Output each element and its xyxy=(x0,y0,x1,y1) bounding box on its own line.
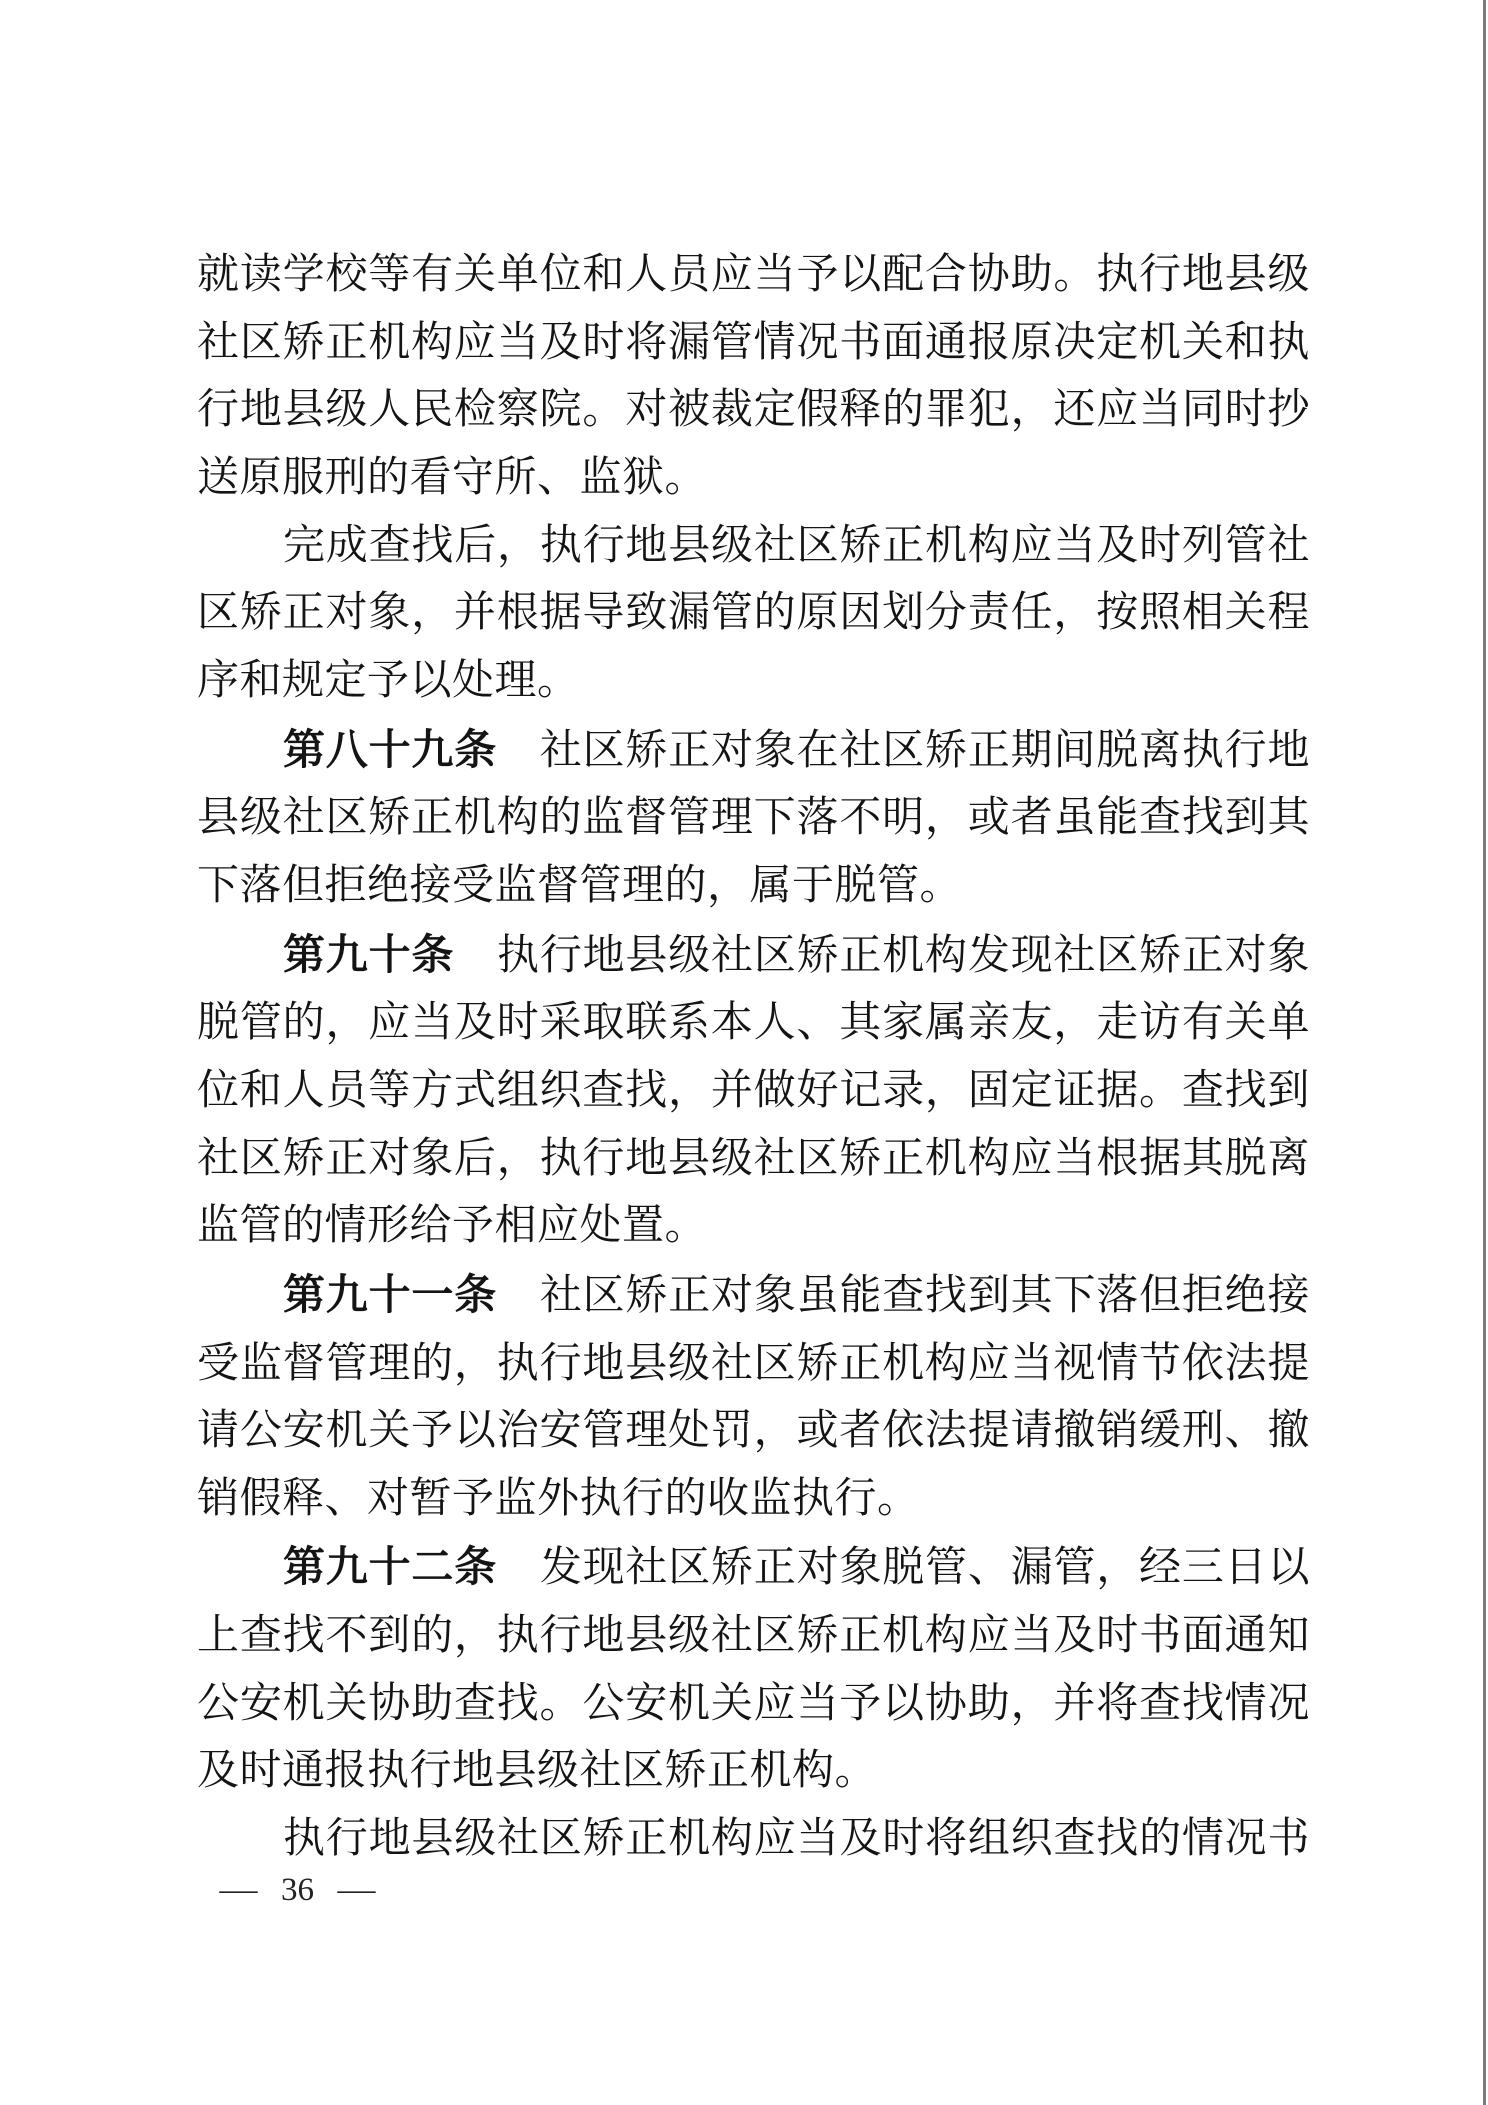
text-line: 请公安机关予以治安管理处罚，或者依法提请撤销缓刑、撤 xyxy=(197,1398,1310,1466)
text-line: 下落但拒绝接受监督管理的，属于脱管。 xyxy=(197,853,1310,921)
body-text: 行地县级人民检察院。对被裁定假释的罪犯，还应当同时抄 xyxy=(197,387,1310,433)
footer-dash-left: — xyxy=(220,1872,258,1909)
article-heading: 第九十一条 xyxy=(283,1271,497,1318)
body-text: 上查找不到的，执行地县级社区矫正机构应当及时书面通知 xyxy=(197,1613,1310,1659)
body-text: 及时通报执行地县级社区矫正机构。 xyxy=(197,1748,877,1794)
body-text: 销假释、对暂予监外执行的收监执行。 xyxy=(197,1476,920,1522)
text-line: 社区矫正机构应当及时将漏管情况书面通报原决定机关和执 xyxy=(197,310,1310,378)
body-text: 完成查找后，执行地县级社区矫正机构应当及时列管社 xyxy=(283,523,1310,569)
body-text: 社区矫正对象在社区矫正期间脱离执行地 xyxy=(497,728,1310,774)
body-text: 送原服刑的看守所、监狱。 xyxy=(197,455,707,501)
article-heading: 第八十九条 xyxy=(283,726,497,773)
text-line: 县级社区矫正机构的监督管理下落不明，或者虽能查找到其 xyxy=(197,785,1310,853)
body-text: 监管的情形给予相应处置。 xyxy=(197,1203,707,1249)
text-line: 位和人员等方式组织查找，并做好记录，固定证据。查找到 xyxy=(197,1058,1310,1126)
body-text: 序和规定予以处理。 xyxy=(197,658,580,704)
text-line: 执行地县级社区矫正机构应当及时将组织查找的情况书 xyxy=(197,1806,1310,1874)
body-text: 请公安机关予以治安管理处罚，或者依法提请撤销缓刑、撤 xyxy=(197,1408,1310,1454)
footer-dash-right: — xyxy=(338,1872,376,1909)
text-line: 及时通报执行地县级社区矫正机构。 xyxy=(197,1738,1310,1806)
text-line: 公安机关协助查找。公安机关应当予以协助，并将查找情况 xyxy=(197,1671,1310,1739)
body-text: 社区矫正对象后，执行地县级社区矫正机构应当根据其脱离 xyxy=(197,1136,1310,1182)
text-line: 第九十二条 发现社区矫正对象脱管、漏管，经三日以 xyxy=(197,1533,1310,1603)
body-text: 就读学校等有关单位和人员应当予以配合协助。执行地县级 xyxy=(197,252,1310,298)
text-line: 销假释、对暂予监外执行的收监执行。 xyxy=(197,1466,1310,1534)
body-text: 县级社区矫正机构的监督管理下落不明，或者虽能查找到其 xyxy=(197,795,1310,841)
body-text: 执行地县级社区矫正机构发现社区矫正对象 xyxy=(454,933,1310,979)
page-footer: — 36 — xyxy=(222,1872,373,1909)
body-text: 位和人员等方式组织查找，并做好记录，固定证据。查找到 xyxy=(197,1068,1310,1114)
body-text: 受监督管理的，执行地县级社区矫正机构应当视情节依法提 xyxy=(197,1341,1310,1387)
body-text: 公安机关协助查找。公安机关应当予以协助，并将查找情况 xyxy=(197,1681,1310,1727)
text-line: 第九十条 执行地县级社区矫正机构发现社区矫正对象 xyxy=(197,921,1310,991)
body-text: 下落但拒绝接受监督管理的，属于脱管。 xyxy=(197,863,962,909)
text-line: 区矫正对象，并根据导致漏管的原因划分责任，按照相关程 xyxy=(197,580,1310,648)
body-text: 执行地县级社区矫正机构应当及时将组织查找的情况书 xyxy=(283,1816,1310,1862)
document-page: 就读学校等有关单位和人员应当予以配合协助。执行地县级社区矫正机构应当及时将漏管情… xyxy=(0,0,1488,2105)
text-line: 完成查找后，执行地县级社区矫正机构应当及时列管社 xyxy=(197,513,1310,581)
scan-edge-line xyxy=(1483,0,1486,2105)
body-text: 区矫正对象，并根据导致漏管的原因划分责任，按照相关程 xyxy=(197,590,1310,636)
text-line: 上查找不到的，执行地县级社区矫正机构应当及时书面通知 xyxy=(197,1603,1310,1671)
body-text: 发现社区矫正对象脱管、漏管，经三日以 xyxy=(497,1545,1310,1591)
page-number: 36 xyxy=(281,1872,314,1909)
body-text: 社区矫正机构应当及时将漏管情况书面通报原决定机关和执 xyxy=(197,320,1310,366)
text-line: 送原服刑的看守所、监狱。 xyxy=(197,445,1310,513)
text-line: 脱管的，应当及时采取联系本人、其家属亲友，走访有关单 xyxy=(197,990,1310,1058)
text-line: 序和规定予以处理。 xyxy=(197,648,1310,716)
text-line: 行地县级人民检察院。对被裁定假释的罪犯，还应当同时抄 xyxy=(197,377,1310,445)
text-line: 第九十一条 社区矫正对象虽能查找到其下落但拒绝接 xyxy=(197,1261,1310,1331)
text-line: 社区矫正对象后，执行地县级社区矫正机构应当根据其脱离 xyxy=(197,1126,1310,1194)
text-line: 受监督管理的，执行地县级社区矫正机构应当视情节依法提 xyxy=(197,1331,1310,1399)
body-text: 脱管的，应当及时采取联系本人、其家属亲友，走访有关单 xyxy=(197,1000,1310,1046)
body-text: 社区矫正对象虽能查找到其下落但拒绝接 xyxy=(497,1273,1310,1319)
article-heading: 第九十二条 xyxy=(283,1543,497,1590)
text-line: 监管的情形给予相应处置。 xyxy=(197,1193,1310,1261)
text-line: 第八十九条 社区矫正对象在社区矫正期间脱离执行地 xyxy=(197,716,1310,786)
article-heading: 第九十条 xyxy=(283,931,454,978)
text-line: 就读学校等有关单位和人员应当予以配合协助。执行地县级 xyxy=(197,242,1310,310)
document-body: 就读学校等有关单位和人员应当予以配合协助。执行地县级社区矫正机构应当及时将漏管情… xyxy=(197,242,1310,1874)
